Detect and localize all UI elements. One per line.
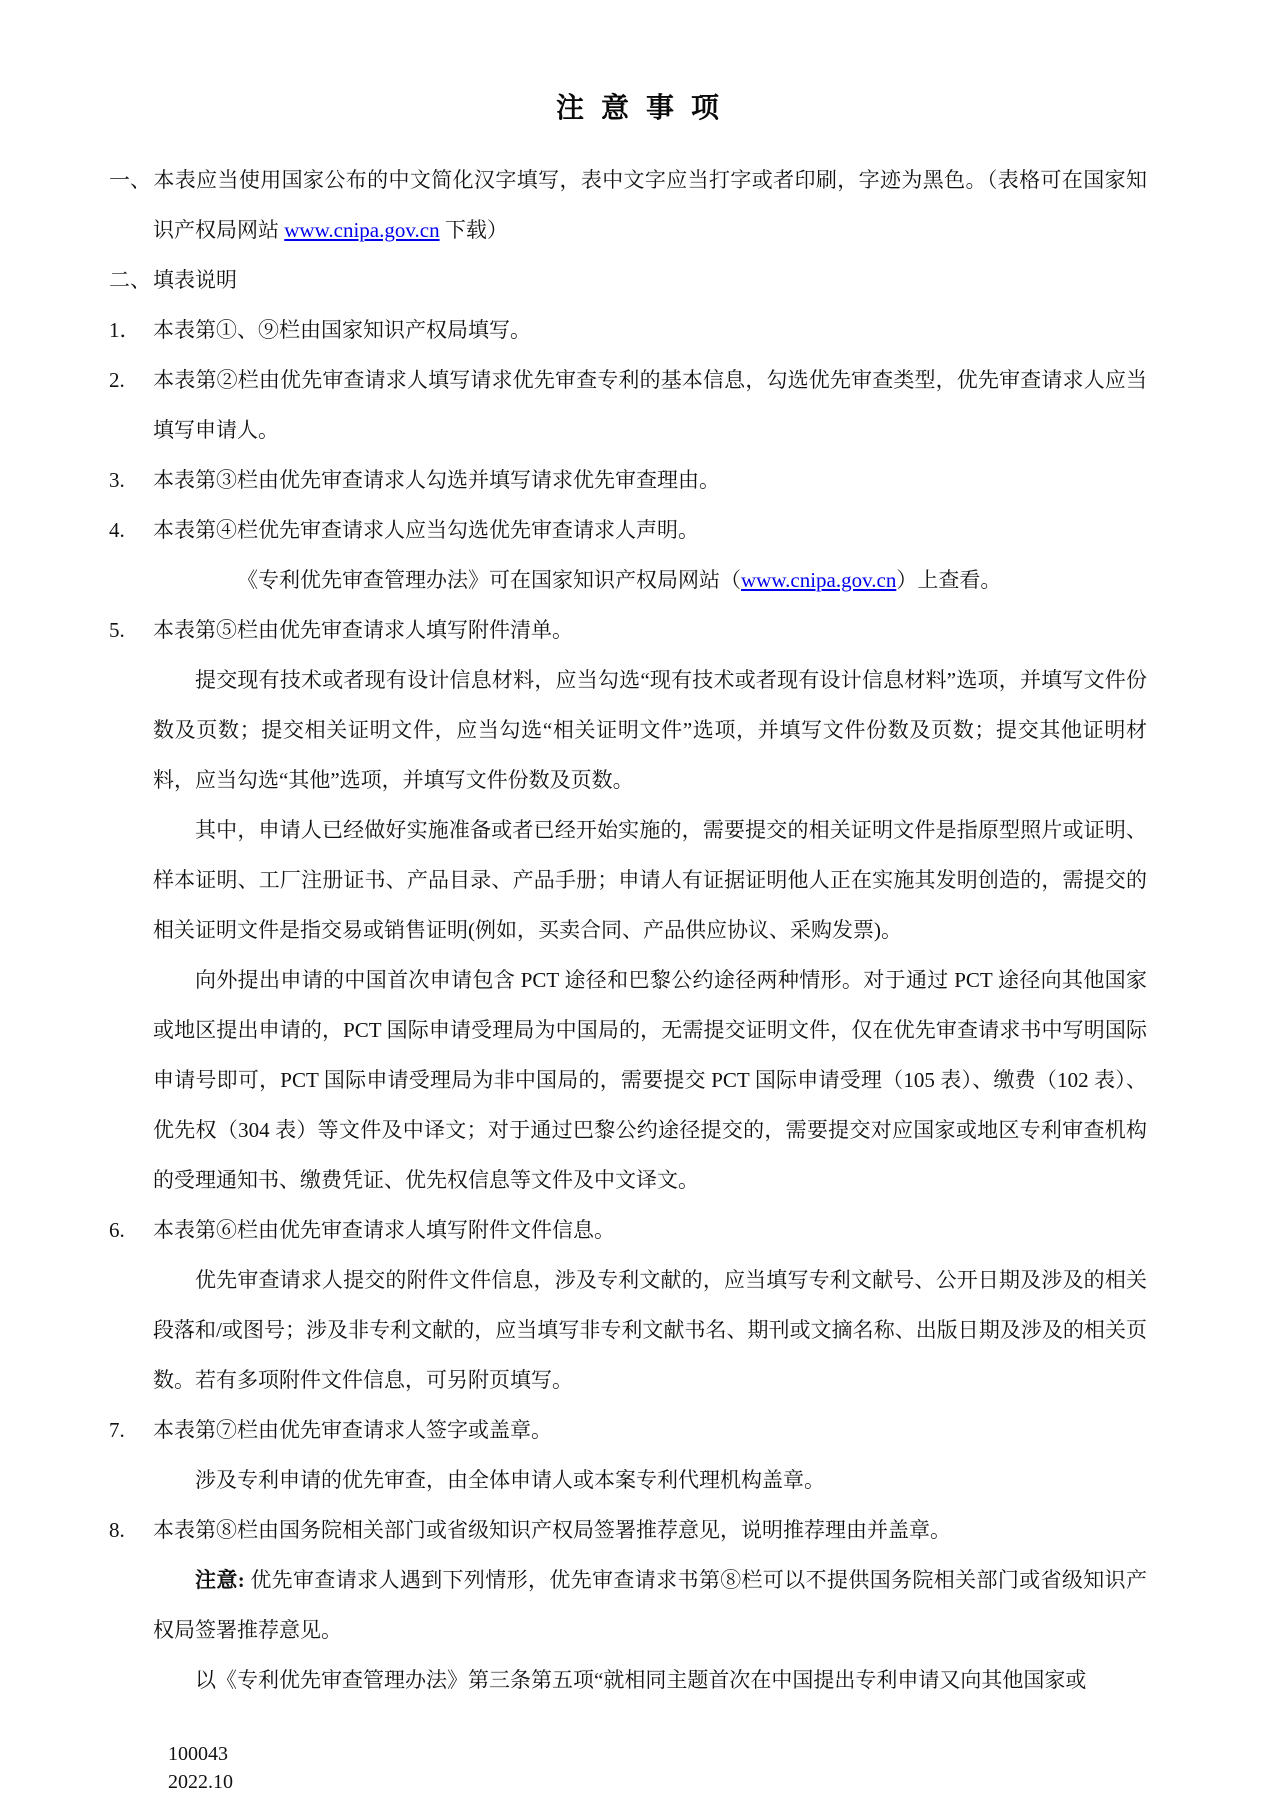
item-1-text: 本表第①、⑨栏由国家知识产权局填写。 bbox=[153, 318, 531, 342]
item-er-text: 填表说明 bbox=[153, 268, 237, 292]
list-marker: 一、 bbox=[109, 155, 153, 205]
item-5-paragraph-1: 提交现有技术或者现有设计信息材料，应当勾选“现有技术或者现有设计信息材料”选项，… bbox=[153, 655, 1147, 805]
list-item-5: 5.本表第⑤栏由优先审查请求人填写附件清单。 bbox=[153, 605, 1147, 655]
item-6-paragraph-1: 优先审查请求人提交的附件文件信息，涉及专利文献的，应当填写专利文献号、公开日期及… bbox=[153, 1255, 1147, 1405]
list-item-1: 1．本表第①、⑨栏由国家知识产权局填写。 bbox=[153, 305, 1147, 355]
item-4-note-text: 《专利优先审查管理办法》可在国家知识产权局网站（ bbox=[237, 568, 741, 592]
note-label: 注意: bbox=[195, 1568, 245, 1592]
list-item-2: 2.本表第②栏由优先审查请求人填写请求优先审查专利的基本信息，勾选优先审查类型，… bbox=[153, 355, 1147, 455]
list-marker: 7. bbox=[109, 1405, 153, 1455]
item-5-paragraph-3: 向外提出申请的中国首次申请包含 PCT 途径和巴黎公约途径两种情形。对于通过 P… bbox=[153, 955, 1147, 1205]
item-2-text: 本表第②栏由优先审查请求人填写请求优先审查专利的基本信息，勾选优先审查类型，优先… bbox=[153, 368, 1147, 442]
list-item-7: 7.本表第⑦栏由优先审查请求人签字或盖章。 bbox=[153, 1405, 1147, 1455]
list-marker: 8. bbox=[109, 1505, 153, 1555]
item-7-text: 本表第⑦栏由优先审查请求人签字或盖章。 bbox=[153, 1418, 552, 1442]
note-text: 优先审查请求人遇到下列情形，优先审查请求书第⑧栏可以不提供国务院相关部门或省级知… bbox=[153, 1568, 1147, 1642]
item-8-note: 注意: 优先审查请求人遇到下列情形，优先审查请求书第⑧栏可以不提供国务院相关部门… bbox=[153, 1555, 1147, 1655]
form-footer: 100043 2022.10 bbox=[168, 1740, 233, 1796]
document-page: 注 意 事 项 一、本表应当使用国家公布的中文简化汉字填写，表中文字应当打字或者… bbox=[0, 0, 1280, 1810]
page-title: 注 意 事 项 bbox=[0, 92, 1280, 126]
item-8-text: 本表第⑧栏由国务院相关部门或省级知识产权局签署推荐意见，说明推荐理由并盖章。 bbox=[153, 1518, 951, 1542]
list-marker: 6. bbox=[109, 1205, 153, 1255]
list-item-yi: 一、本表应当使用国家公布的中文简化汉字填写，表中文字应当打字或者印刷，字迹为黑色… bbox=[153, 155, 1147, 255]
item-5-paragraph-2: 其中，申请人已经做好实施准备或者已经开始实施的，需要提交的相关证明文件是指原型照… bbox=[153, 805, 1147, 955]
item-3-text: 本表第③栏由优先审查请求人勾选并填写请求优先审查理由。 bbox=[153, 468, 720, 492]
list-marker: 二、 bbox=[109, 255, 153, 305]
cnipa-website-link[interactable]: www.cnipa.gov.cn bbox=[741, 568, 896, 592]
item-4-note: 《专利优先审查管理办法》可在国家知识产权局网站（www.cnipa.gov.cn… bbox=[153, 555, 1147, 605]
list-item-8: 8.本表第⑧栏由国务院相关部门或省级知识产权局签署推荐意见，说明推荐理由并盖章。 bbox=[153, 1505, 1147, 1555]
list-item-3: 3.本表第③栏由优先审查请求人勾选并填写请求优先审查理由。 bbox=[153, 455, 1147, 505]
form-code: 100043 bbox=[168, 1740, 233, 1768]
list-marker: 2. bbox=[109, 355, 153, 405]
list-marker: 3. bbox=[109, 455, 153, 505]
item-7-paragraph-1: 涉及专利申请的优先审查，由全体申请人或本案专利代理机构盖章。 bbox=[153, 1455, 1147, 1505]
list-marker: 5. bbox=[109, 605, 153, 655]
list-marker: 4. bbox=[109, 505, 153, 555]
list-item-4: 4.本表第④栏优先审查请求人应当勾选优先审查请求人声明。 bbox=[153, 505, 1147, 555]
list-item-er: 二、填表说明 bbox=[153, 255, 1147, 305]
item-4-note-tail: ）上查看。 bbox=[896, 568, 1001, 592]
item-yi-text-tail: 下载） bbox=[440, 218, 508, 242]
item-4-text: 本表第④栏优先审查请求人应当勾选优先审查请求人声明。 bbox=[153, 518, 699, 542]
cnipa-website-link[interactable]: www.cnipa.gov.cn bbox=[284, 218, 439, 242]
list-marker: 1． bbox=[109, 305, 153, 355]
form-version-date: 2022.10 bbox=[168, 1768, 233, 1796]
item-5-text: 本表第⑤栏由优先审查请求人填写附件清单。 bbox=[153, 618, 573, 642]
item-8-paragraph-2: 以《专利优先审查管理办法》第三条第五项“就相同主题首次在中国提出专利申请又向其他… bbox=[153, 1655, 1147, 1705]
document-body: 一、本表应当使用国家公布的中文简化汉字填写，表中文字应当打字或者印刷，字迹为黑色… bbox=[153, 155, 1147, 1705]
item-6-text: 本表第⑥栏由优先审查请求人填写附件文件信息。 bbox=[153, 1218, 615, 1242]
list-item-6: 6.本表第⑥栏由优先审查请求人填写附件文件信息。 bbox=[153, 1205, 1147, 1255]
